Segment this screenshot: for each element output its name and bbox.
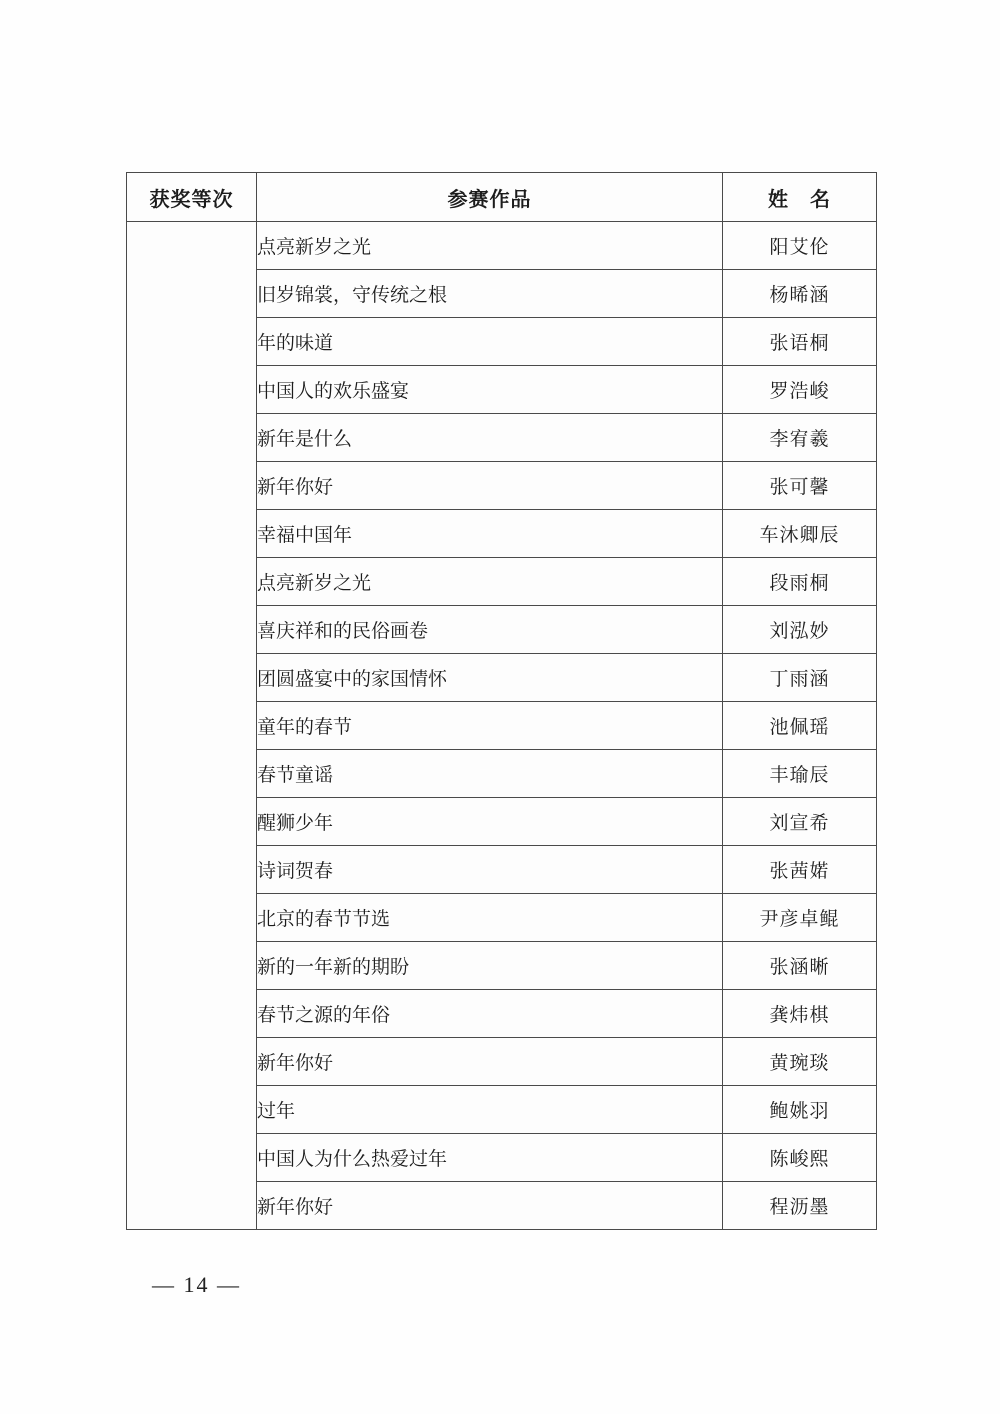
header-entry-work: 参赛作品 (257, 173, 723, 222)
name-cell: 刘泓妙 (723, 606, 877, 654)
entry-work-cell: 诗词贺春 (257, 846, 723, 894)
name-cell: 鲍姚羽 (723, 1086, 877, 1134)
name-cell: 张可馨 (723, 462, 877, 510)
header-award-level: 获奖等次 (127, 173, 257, 222)
entry-work-cell: 幸福中国年 (257, 510, 723, 558)
entry-work-cell: 新的一年新的期盼 (257, 942, 723, 990)
name-cell: 罗浩峻 (723, 366, 877, 414)
entry-work-cell: 团圆盛宴中的家国情怀 (257, 654, 723, 702)
name-cell: 丁雨涵 (723, 654, 877, 702)
entry-work-cell: 新年你好 (257, 462, 723, 510)
entry-work-cell: 旧岁锦裳，守传统之根 (257, 270, 723, 318)
document-page: 获奖等次 参赛作品 姓 名 点亮新岁之光阳艾伦旧岁锦裳，守传统之根杨晞涵年的味道… (0, 0, 1000, 1414)
name-cell: 池佩瑶 (723, 702, 877, 750)
header-name: 姓 名 (723, 173, 877, 222)
award-level-cell (127, 222, 257, 1230)
entry-work-cell: 春节童谣 (257, 750, 723, 798)
name-cell: 杨晞涵 (723, 270, 877, 318)
entry-work-cell: 新年是什么 (257, 414, 723, 462)
entry-work-cell: 喜庆祥和的民俗画卷 (257, 606, 723, 654)
name-cell: 程沥墨 (723, 1182, 877, 1230)
name-cell: 车沐卿辰 (723, 510, 877, 558)
entry-work-cell: 过年 (257, 1086, 723, 1134)
name-cell: 张涵晰 (723, 942, 877, 990)
name-cell: 张语桐 (723, 318, 877, 366)
entry-work-cell: 童年的春节 (257, 702, 723, 750)
entry-work-cell: 北京的春节节选 (257, 894, 723, 942)
entry-work-cell: 新年你好 (257, 1038, 723, 1086)
entry-work-cell: 中国人的欢乐盛宴 (257, 366, 723, 414)
entry-work-cell: 点亮新岁之光 (257, 558, 723, 606)
entry-work-cell: 年的味道 (257, 318, 723, 366)
entry-work-cell: 点亮新岁之光 (257, 222, 723, 270)
name-cell: 龚炜棋 (723, 990, 877, 1038)
name-cell: 张茜婼 (723, 846, 877, 894)
table-row: 点亮新岁之光阳艾伦 (127, 222, 877, 270)
name-cell: 段雨桐 (723, 558, 877, 606)
entry-work-cell: 中国人为什么热爱过年 (257, 1134, 723, 1182)
entry-work-cell: 醒狮少年 (257, 798, 723, 846)
table-header-row: 获奖等次 参赛作品 姓 名 (127, 173, 877, 222)
entry-work-cell: 新年你好 (257, 1182, 723, 1230)
awards-table: 获奖等次 参赛作品 姓 名 点亮新岁之光阳艾伦旧岁锦裳，守传统之根杨晞涵年的味道… (126, 172, 877, 1230)
name-cell: 尹彦卓鲲 (723, 894, 877, 942)
entry-work-cell: 春节之源的年俗 (257, 990, 723, 1038)
name-cell: 阳艾伦 (723, 222, 877, 270)
name-cell: 李宥羲 (723, 414, 877, 462)
table-body: 点亮新岁之光阳艾伦旧岁锦裳，守传统之根杨晞涵年的味道张语桐中国人的欢乐盛宴罗浩峻… (127, 222, 877, 1230)
name-cell: 刘宣希 (723, 798, 877, 846)
name-cell: 黄琬琰 (723, 1038, 877, 1086)
name-cell: 丰瑜辰 (723, 750, 877, 798)
name-cell: 陈峻熙 (723, 1134, 877, 1182)
page-number: — 14 — (152, 1272, 241, 1298)
